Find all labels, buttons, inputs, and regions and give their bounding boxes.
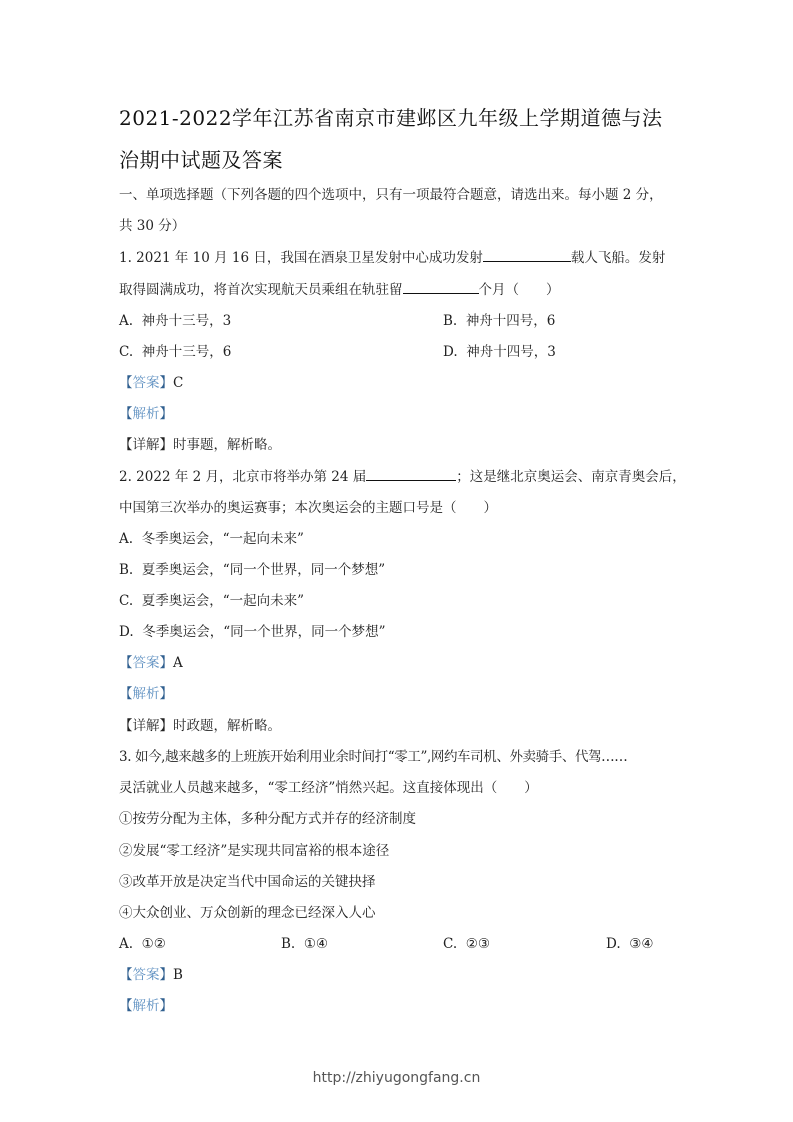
option-text: 夏季奥运会，“一起向未来” xyxy=(142,593,304,609)
question-1-option-b: B. 神舟十四号，6 xyxy=(443,312,555,330)
question-3-stem-line-2: 灵活就业人员越来越多，“零工经济”悄然兴起。这直接体现出（ ） xyxy=(119,779,538,797)
analysis-bracket-close: 】 xyxy=(160,998,174,1014)
option-text: ②③ xyxy=(466,936,490,952)
answer-value: A xyxy=(173,655,183,671)
question-1-stem-part-a: 1. 2021 年 10 月 16 日，我国在酒泉卫星发射中心成功发射 xyxy=(119,250,483,266)
detail-label: 【详解】 xyxy=(119,437,173,453)
question-2-option-b: B. 夏季奥运会，“同一个世界，同一个梦想” xyxy=(119,561,385,579)
question-3-statement-2: ②发展“零工经济”是实现共同富裕的根本途径 xyxy=(119,842,389,860)
option-text: 冬季奥运会，“一起向未来” xyxy=(142,531,304,547)
question-1-option-a: A. 神舟十三号，3 xyxy=(119,312,231,330)
option-text: ①② xyxy=(142,936,166,952)
question-1-stem-part-b: 载人飞船。发射 xyxy=(571,250,666,266)
option-label: C. xyxy=(443,936,457,952)
question-1-stem-line-1: 1. 2021 年 10 月 16 日，我国在酒泉卫星发射中心成功发射载人飞船。… xyxy=(119,248,665,267)
question-3-statement-3: ③改革开放是决定当代中国命运的关键抉择 xyxy=(119,873,376,891)
question-1-option-c: C. 神舟十三号，6 xyxy=(119,343,231,361)
answer-bracket-open: 【 xyxy=(119,655,133,671)
answer-value: B xyxy=(173,967,183,983)
question-1-stem-part-d: 个月（ ） xyxy=(479,282,560,298)
question-1-stem-part-c: 取得圆满成功，将首次实现航天员乘组在轨驻留 xyxy=(119,282,403,298)
question-3-stem-line-1: 3. 如今,越来越多的上班族开始利用业余时间打“零工”,网约车司机、外卖骑手、代… xyxy=(119,748,627,766)
section-heading-line-1: 一、单项选择题（下列各题的四个选项中，只有一项最符合题意，请选出来。每小题 2 … xyxy=(119,186,663,204)
answer-bracket-open: 【 xyxy=(119,967,133,983)
question-1-stem-line-2: 取得圆满成功，将首次实现航天员乘组在轨驻留个月（ ） xyxy=(119,280,560,299)
question-1-blank-2 xyxy=(403,280,479,294)
answer-value: C xyxy=(173,375,183,391)
option-label: C. xyxy=(119,593,133,609)
question-3-answer: 【答案】B xyxy=(119,966,183,984)
answer-label: 答案 xyxy=(133,375,160,391)
answer-bracket-open: 【 xyxy=(119,375,133,391)
analysis-label: 解析 xyxy=(133,998,160,1014)
analysis-bracket-open: 【 xyxy=(119,686,133,702)
analysis-bracket-close: 】 xyxy=(160,686,174,702)
option-text: 神舟十四号，3 xyxy=(466,344,556,360)
option-text: 神舟十四号，6 xyxy=(466,313,556,329)
option-text: 夏季奥运会，“同一个世界，同一个梦想” xyxy=(142,562,385,578)
question-3-option-a: A. ①② xyxy=(119,935,166,953)
document-title-line-1: 2021-2022学年江苏省南京市建邺区九年级上学期道德与法 xyxy=(119,106,663,130)
option-label: B. xyxy=(119,562,133,578)
option-label: C. xyxy=(119,344,133,360)
analysis-bracket-close: 】 xyxy=(160,406,174,422)
option-text: 冬季奥运会，“同一个世界，同一个梦想” xyxy=(142,624,385,640)
question-3-statement-1: ①按劳分配为主体，多种分配方式并存的经济制度 xyxy=(119,810,416,828)
question-2-option-a: A. 冬季奥运会，“一起向未来” xyxy=(119,530,304,548)
detail-text: 时政题，解析略。 xyxy=(173,718,281,734)
option-label: D. xyxy=(443,344,458,360)
answer-label: 答案 xyxy=(133,655,160,671)
question-2-stem-line-1: 2. 2022 年 2 月，北京市将举办第 24 届；这是继北京奥运会、南京青奥… xyxy=(119,467,686,486)
analysis-bracket-open: 【 xyxy=(119,406,133,422)
document-title-line-2: 治期中试题及答案 xyxy=(119,148,283,172)
option-label: A. xyxy=(119,936,133,952)
option-text: 神舟十三号，3 xyxy=(142,313,232,329)
option-label: B. xyxy=(281,936,295,952)
option-label: A. xyxy=(119,313,133,329)
question-2-stem-part-b: ；这是继北京奥运会、南京青奥会后， xyxy=(456,469,686,485)
answer-bracket-close: 】 xyxy=(160,967,174,983)
question-1-detail: 【详解】时事题，解析略。 xyxy=(119,436,281,454)
option-label: D. xyxy=(119,624,134,640)
detail-label: 【详解】 xyxy=(119,718,173,734)
option-text: 神舟十三号，6 xyxy=(142,344,232,360)
question-2-stem-part-a: 2. 2022 年 2 月，北京市将举办第 24 届 xyxy=(119,469,366,485)
question-2-blank xyxy=(366,467,456,481)
question-3-analysis-label: 【解析】 xyxy=(119,997,173,1015)
option-label: A. xyxy=(119,531,133,547)
question-3-option-d: D. ③④ xyxy=(606,935,653,953)
answer-label: 答案 xyxy=(133,967,160,983)
option-label: D. xyxy=(606,936,621,952)
footer-url: http://zhiyugongfang.cn xyxy=(0,1070,793,1086)
section-heading-line-2: 共 30 分） xyxy=(119,217,185,235)
analysis-label: 解析 xyxy=(133,686,160,702)
answer-bracket-close: 】 xyxy=(160,375,174,391)
question-2-option-d: D. 冬季奥运会，“同一个世界，同一个梦想” xyxy=(119,623,386,641)
option-text: ①④ xyxy=(304,936,328,952)
option-text: ③④ xyxy=(629,936,653,952)
question-2-answer: 【答案】A xyxy=(119,654,183,672)
question-3-option-b: B. ①④ xyxy=(281,935,328,953)
option-label: B. xyxy=(443,313,457,329)
question-2-stem-line-2: 中国第三次举办的奥运赛事；本次奥运会的主题口号是（ ） xyxy=(119,499,497,517)
question-3-option-c: C. ②③ xyxy=(443,935,490,953)
question-1-answer: 【答案】C xyxy=(119,374,183,392)
question-1-option-d: D. 神舟十四号，3 xyxy=(443,343,556,361)
question-1-blank-1 xyxy=(483,248,571,262)
detail-text: 时事题，解析略。 xyxy=(173,437,281,453)
question-2-analysis-label: 【解析】 xyxy=(119,685,173,703)
analysis-label: 解析 xyxy=(133,406,160,422)
question-1-analysis-label: 【解析】 xyxy=(119,405,173,423)
answer-bracket-close: 】 xyxy=(160,655,174,671)
analysis-bracket-open: 【 xyxy=(119,998,133,1014)
question-3-statement-4: ④大众创业、万众创新的理念已经深入人心 xyxy=(119,904,376,922)
question-2-detail: 【详解】时政题，解析略。 xyxy=(119,717,281,735)
question-2-option-c: C. 夏季奥运会，“一起向未来” xyxy=(119,592,304,610)
